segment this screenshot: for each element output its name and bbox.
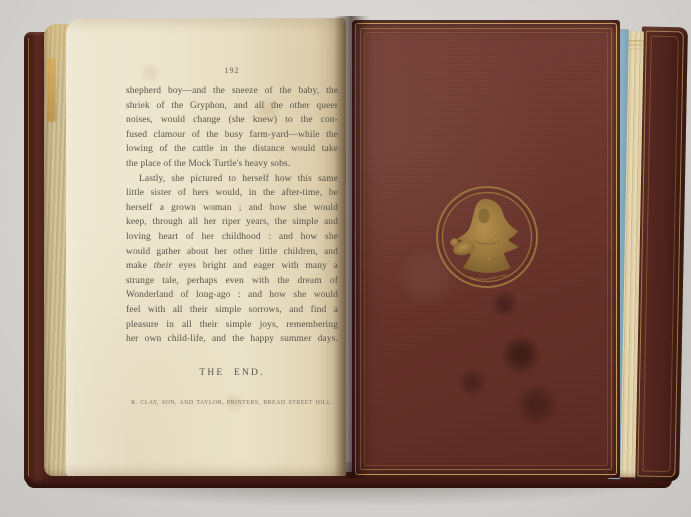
italic-word: their — [154, 261, 172, 271]
front-cover-red-cloth — [352, 20, 620, 478]
text-line: little sister of hers would, in the afte… — [126, 186, 338, 201]
page-text-block: shepherd boy—and the sneeze of the baby,… — [126, 84, 338, 406]
text-line: shepherd boy—and the sneeze of the baby,… — [126, 84, 338, 99]
text-segment: eyes bright and eager with many a — [172, 261, 338, 271]
text-line: pleasure in all their simple joys, remem… — [126, 318, 338, 333]
page-number: 192 — [126, 66, 338, 75]
text-line: her own child-life, and the happy summer… — [126, 332, 338, 347]
text-line: keep, through all her riper years, the s… — [126, 215, 338, 230]
text-line: Wonderland of long-ago : and how she wou… — [126, 288, 338, 303]
text-line: noises, would change (she knew) to the c… — [126, 113, 338, 128]
text-line: would gather about her other little chil… — [126, 245, 338, 260]
text-line: loving heart of her childhood : and how … — [126, 230, 338, 245]
text-line: fused clamour of the busy farm-yard—whil… — [126, 128, 338, 143]
text-line: shriek of the Gryphon, and all the other… — [126, 99, 338, 114]
left-page: 192 shepherd boy—and the sneeze of the b… — [66, 18, 346, 476]
text-line: herself a grown woman ; and how she woul… — [126, 201, 338, 216]
alice-medallion-icon — [431, 181, 543, 293]
text-line: strange tale, perhaps even with the drea… — [126, 274, 338, 289]
text-segment: make — [126, 261, 154, 271]
text-line: Lastly, she pictured to herself how this… — [126, 172, 338, 187]
text-line: feel with all their simple sorrows, and … — [126, 303, 338, 318]
printer-colophon: R. CLAY, SON, AND TAYLOR, PRINTERS, BREA… — [126, 400, 338, 406]
the-end-label: THE END. — [126, 368, 338, 378]
text-line: lowing of the cattle in the distance wou… — [126, 142, 338, 157]
text-line: make their eyes bright and eager with ma… — [126, 259, 338, 274]
text-line: the place of the Mock Turtle's heavy sob… — [126, 157, 338, 172]
photo-background: 192 shepherd boy—and the sneeze of the b… — [0, 0, 691, 517]
